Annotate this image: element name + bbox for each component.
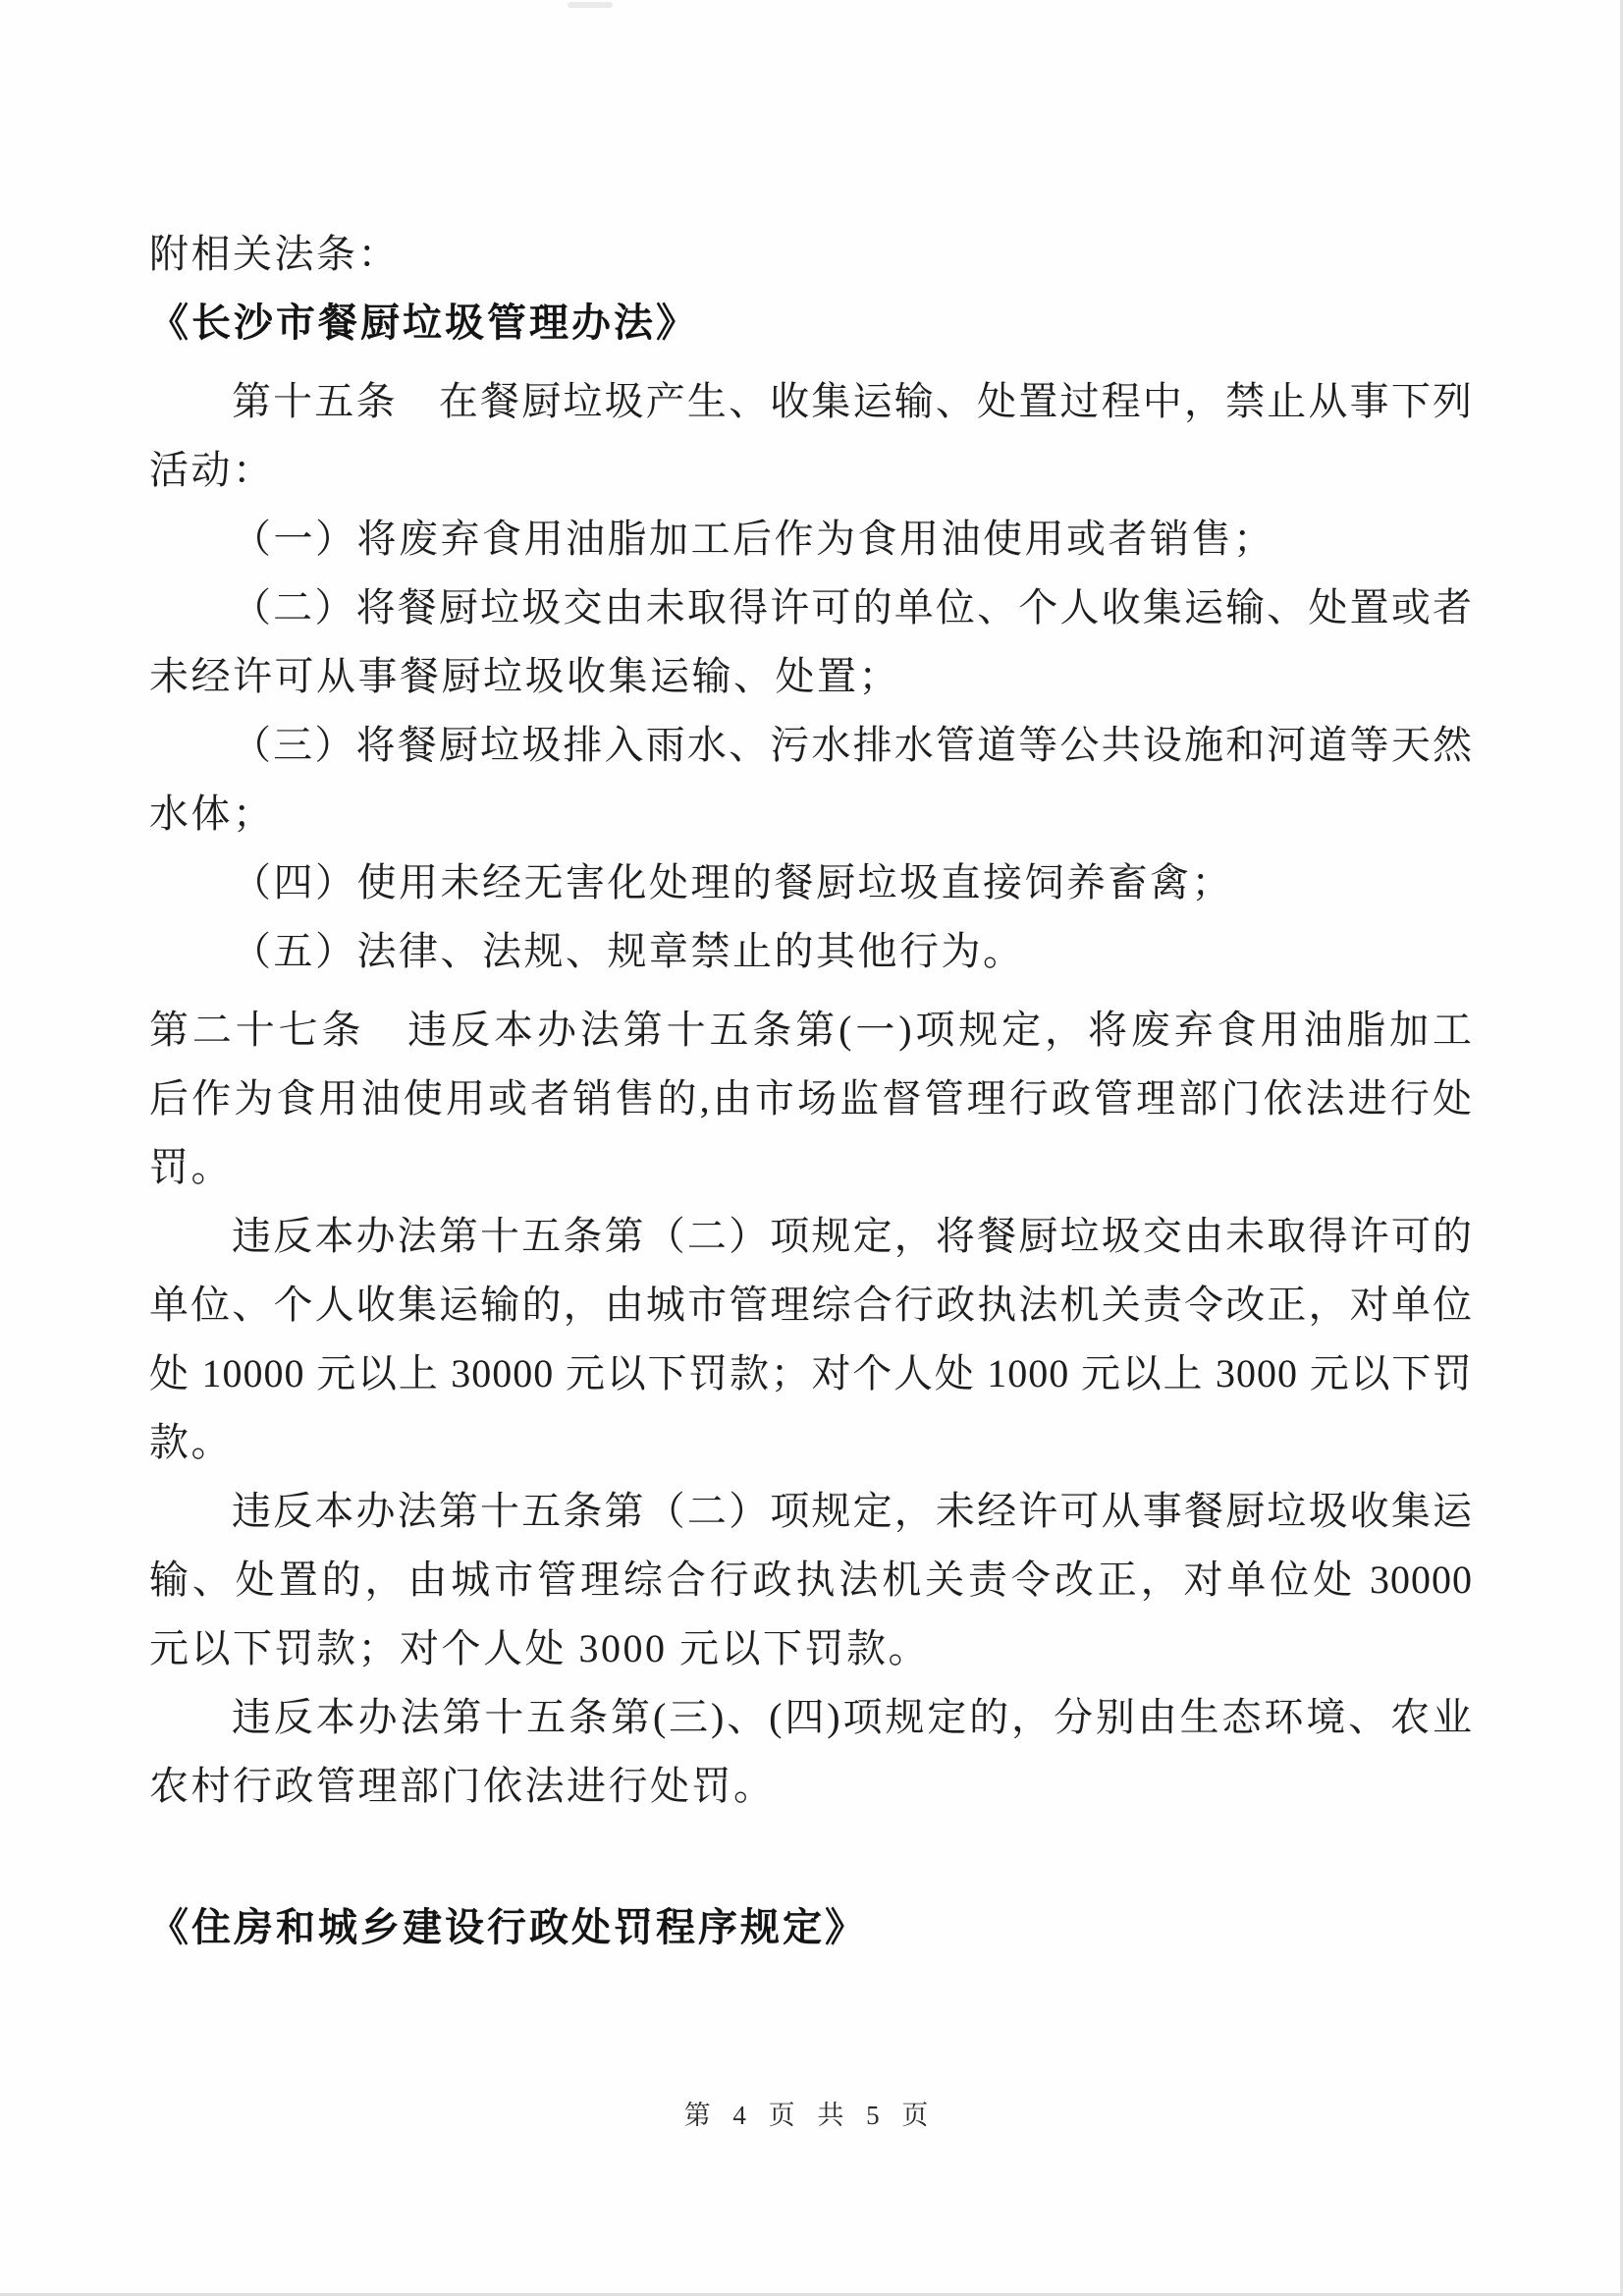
text-line: 第十五条 在餐厨垃圾产生、收集运输、处置过程中，禁止从事下列 <box>149 367 1473 436</box>
text-line: 活动： <box>149 436 1473 505</box>
page-footer: 第 4 页 共 5 页 <box>0 2094 1620 2132</box>
text-line: 农村行政管理部门依法进行处罚。 <box>149 1752 1473 1821</box>
text-line: （三）将餐厨垃圾排入雨水、污水排水管道等公共设施和河道等天然 <box>149 711 1473 780</box>
document-body: 附相关法条：《长沙市餐厨垃圾管理办法》第十五条 在餐厨垃圾产生、收集运输、处置过… <box>0 0 1620 1962</box>
text-line: 违反本办法第十五条第（二）项规定，将餐厨垃圾交由未取得许可的 <box>149 1202 1473 1271</box>
text-line: 罚。 <box>149 1133 1473 1202</box>
text-line: 元以下罚款；对个人处 3000 元以下罚款。 <box>149 1614 1473 1683</box>
text-line: 单位、个人收集运输的，由城市管理综合行政执法机关责令改正，对单位 <box>149 1271 1473 1339</box>
scan-artifact <box>568 2 613 8</box>
text-line: 第二十七条 违反本办法第十五条第(一)项规定，将废弃食用油脂加工 <box>149 996 1473 1065</box>
text-line: （一）将废弃食用油脂加工后作为食用油使用或者销售； <box>149 505 1473 574</box>
text-line: （四）使用未经无害化处理的餐厨垃圾直接饲养畜禽； <box>149 848 1473 917</box>
text-line: 附相关法条： <box>149 220 1473 289</box>
text-line: 处 10000 元以上 30000 元以下罚款；对个人处 1000 元以上 30… <box>149 1339 1473 1408</box>
law-title: 《长沙市餐厨垃圾管理办法》 <box>149 289 1473 357</box>
page-number: 第 4 页 共 5 页 <box>684 2101 937 2130</box>
text-line: （五）法律、法规、规章禁止的其他行为。 <box>149 917 1473 986</box>
text-line: 未经许可从事餐厨垃圾收集运输、处置； <box>149 642 1473 711</box>
document-page: 附相关法条：《长沙市餐厨垃圾管理办法》第十五条 在餐厨垃圾产生、收集运输、处置过… <box>0 0 1623 2296</box>
text-line: 水体； <box>149 780 1473 848</box>
text-line: 款。 <box>149 1408 1473 1477</box>
text-line: （二）将餐厨垃圾交由未取得许可的单位、个人收集运输、处置或者 <box>149 574 1473 642</box>
text-line: 后作为食用油使用或者销售的,由市场监督管理行政管理部门依法进行处 <box>149 1065 1473 1133</box>
text-line: 违反本办法第十五条第（二）项规定，未经许可从事餐厨垃圾收集运 <box>149 1477 1473 1546</box>
text-line: 违反本办法第十五条第(三)、(四)项规定的，分别由生态环境、农业 <box>149 1683 1473 1752</box>
text-line: 输、处置的，由城市管理综合行政执法机关责令改正，对单位处 30000 <box>149 1546 1473 1614</box>
law-title: 《住房和城乡建设行政处罚程序规定》 <box>149 1893 1473 1962</box>
